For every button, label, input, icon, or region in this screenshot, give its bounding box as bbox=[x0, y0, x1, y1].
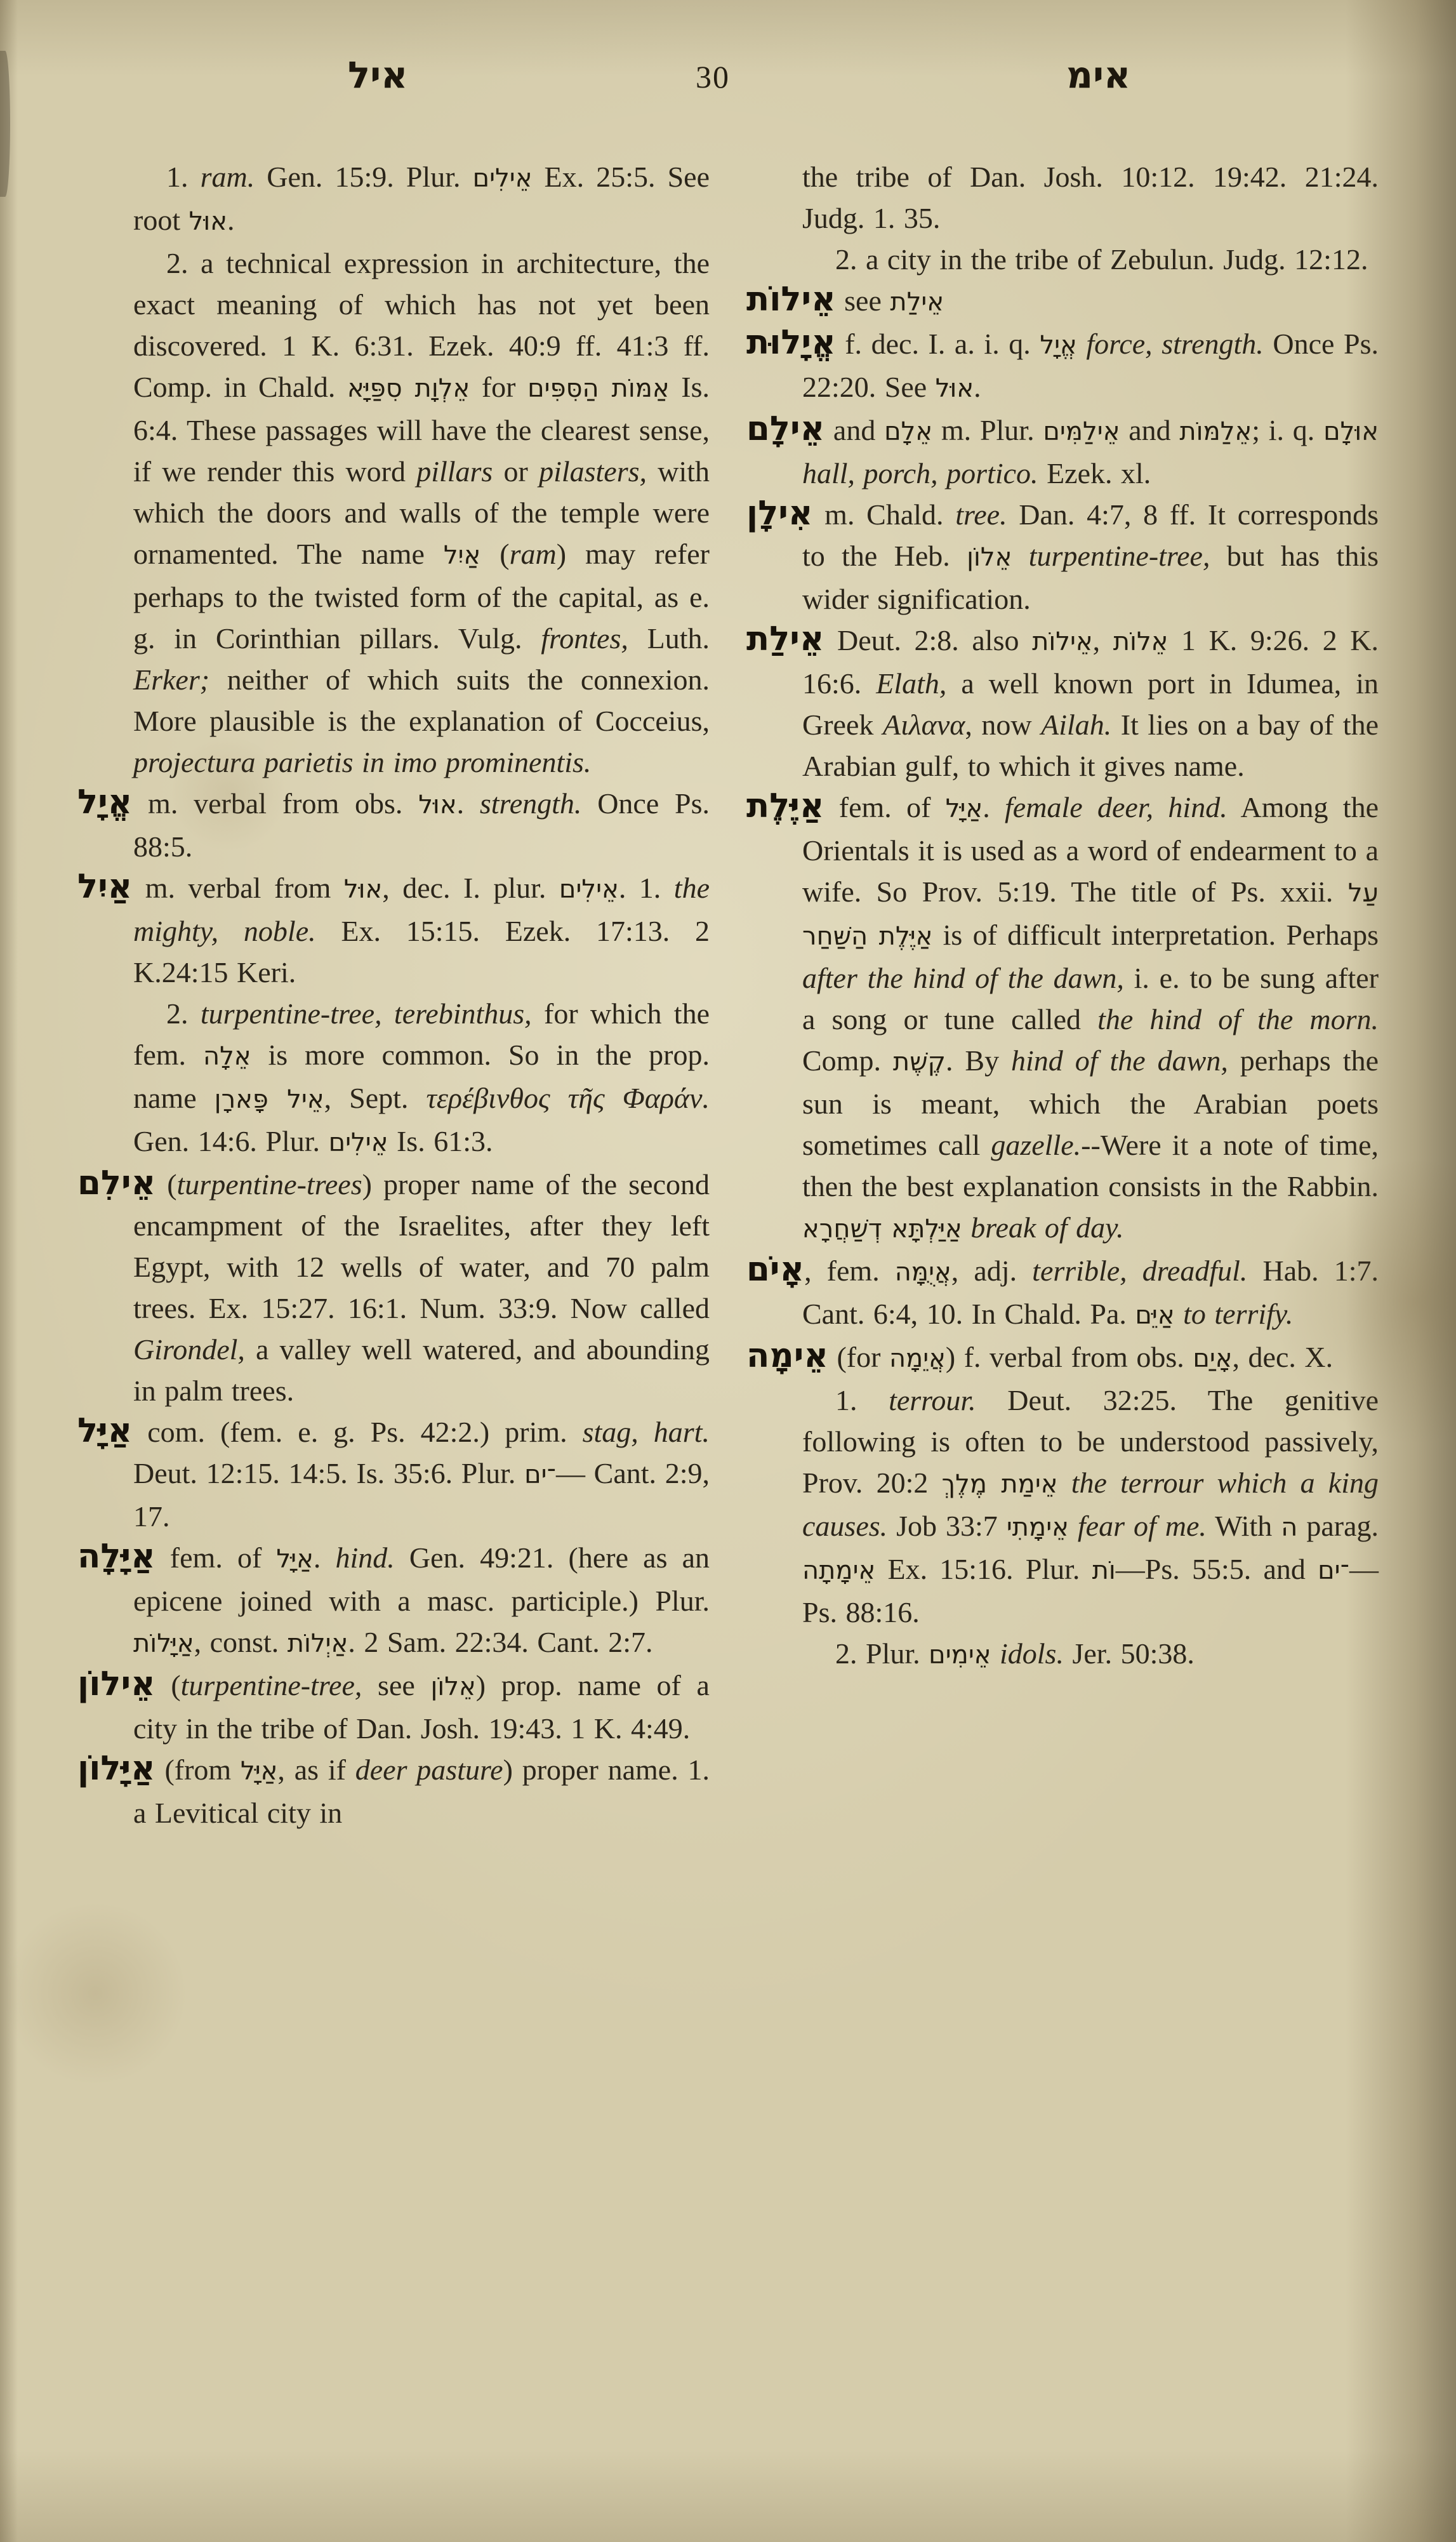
text-segment: , as if bbox=[277, 1753, 355, 1786]
hebrew-word: אַיַּלְתָּא דְשַׁחֲרָא bbox=[802, 1214, 962, 1244]
text-segment: Jer. 50:38. bbox=[1064, 1637, 1195, 1670]
hebrew-word: ה bbox=[1281, 1513, 1297, 1542]
hebrew-headword: אַיָּל bbox=[77, 1411, 132, 1450]
hebrew-headword: אַיֶּלֶת bbox=[746, 787, 824, 825]
entry-paragraph: אַיָּלָה fem. of אַיָּל. hind. Gen. 49:2… bbox=[133, 1537, 710, 1665]
hebrew-word: אַיָּל bbox=[241, 1757, 277, 1786]
text-segment: Ailah. bbox=[1041, 709, 1111, 741]
hebrew-headword: אֵילַת bbox=[746, 620, 824, 658]
text-segment: 1. bbox=[835, 1384, 889, 1416]
entry-paragraph: 2. a technical expression in architectur… bbox=[133, 243, 710, 783]
text-segment: . bbox=[983, 791, 1005, 823]
text-segment: terrour. bbox=[889, 1384, 976, 1416]
hebrew-word: אוּלָם bbox=[1323, 417, 1379, 446]
text-segment: the tribe of Dan. Josh. 10:12. 19:42. 21… bbox=[802, 161, 1379, 234]
text-segment: to terrify. bbox=[1183, 1298, 1293, 1330]
text-segment: m. Chald. bbox=[812, 498, 955, 531]
entry-paragraph: 2. turpentine-tree, terebinthus, for whi… bbox=[133, 993, 710, 1164]
entry-paragraph: אַיָּל com. (fem. e. g. Ps. 42:2.) prim.… bbox=[133, 1411, 710, 1537]
hebrew-word: אֵילִים bbox=[559, 875, 619, 904]
hebrew-word: אָיַם bbox=[1193, 1344, 1232, 1373]
entry-paragraph: אֵילִם (turpentine-trees) proper name of… bbox=[133, 1164, 710, 1411]
entry-paragraph: אֵילוֹת see אֵילַת bbox=[802, 280, 1379, 323]
entry-paragraph: אֵילַת Deut. 2:8. also אֵילוֹת, אֵלוֹת 1… bbox=[802, 620, 1379, 787]
hebrew-word: אֵלָם bbox=[884, 417, 932, 446]
text-segment: , now bbox=[965, 709, 1041, 741]
entry-paragraph: אֵימָה (for אֲיֵמָה) f. verbal from obs.… bbox=[802, 1336, 1379, 1380]
hebrew-word: אַיָּל bbox=[276, 1545, 313, 1574]
text-segment: idols. bbox=[1000, 1637, 1064, 1670]
text-segment: Ex. 15:16. Plur. bbox=[875, 1553, 1092, 1585]
text-segment: , const. bbox=[194, 1626, 288, 1658]
text-segment: hind of the dawn, bbox=[1011, 1044, 1228, 1077]
text-segment bbox=[1175, 1298, 1184, 1330]
text-segment: . By bbox=[946, 1044, 1011, 1077]
text-segment: fear of me. bbox=[1078, 1510, 1207, 1542]
text-segment bbox=[1012, 540, 1028, 572]
text-segment: and bbox=[824, 414, 884, 446]
text-segment: ( bbox=[156, 1168, 176, 1201]
entry-paragraph: 2. Plur. אֵימִים idols. Jer. 50:38. bbox=[802, 1633, 1379, 1676]
text-segment: turpentine-tree, bbox=[181, 1669, 362, 1701]
hebrew-word: אֲיֵמָה bbox=[889, 1344, 946, 1373]
text-segment bbox=[1077, 328, 1087, 360]
text-segment: (for bbox=[828, 1341, 889, 1373]
text-segment: , Sept. bbox=[324, 1082, 427, 1114]
hebrew-word: ־ים bbox=[524, 1460, 556, 1489]
hebrew-headword: אֵילָם bbox=[746, 409, 824, 448]
hebrew-headword: אֱיָלוּת bbox=[746, 323, 836, 362]
hebrew-word: אַיְלוֹת bbox=[288, 1629, 348, 1658]
text-segment: m. verbal from bbox=[132, 872, 344, 904]
hebrew-word: אֵילִים bbox=[329, 1128, 388, 1157]
text-segment: m. Plur. bbox=[932, 414, 1043, 446]
hebrew-word: אֵלוֹן bbox=[967, 543, 1012, 572]
hebrew-headword: אָיֹם bbox=[746, 1250, 804, 1289]
text-segment: com. (fem. e. g. Ps. 42:2.) prim. bbox=[132, 1416, 582, 1448]
text-segment: for bbox=[470, 371, 527, 403]
text-segment: With bbox=[1207, 1510, 1281, 1542]
text-segment: deer pasture bbox=[355, 1753, 503, 1786]
text-segment: gazelle. bbox=[991, 1129, 1081, 1161]
text-segment: turpentine-trees bbox=[177, 1168, 362, 1201]
text-segment: the hind of the morn. bbox=[1097, 1003, 1379, 1035]
hebrew-word: אַמּוֹת הַסִּפִּים bbox=[527, 374, 670, 403]
text-segment bbox=[991, 1637, 1000, 1670]
hebrew-word: אֵילַמִּים bbox=[1043, 417, 1120, 446]
text-segment: ram bbox=[510, 538, 557, 570]
text-segment: , dec. I. plur. bbox=[382, 872, 559, 904]
scanned-lexicon-page: איל 30 אימ 1. ram. Gen. 15:9. Plur. אֵיל… bbox=[0, 0, 1456, 2542]
text-body: 1. ram. Gen. 15:9. Plur. אֵילִים Ex. 25:… bbox=[133, 156, 1379, 1833]
hebrew-word: וֹת bbox=[1092, 1556, 1116, 1585]
hebrew-word: אוּל bbox=[189, 207, 227, 236]
text-segment: force, strength. bbox=[1086, 328, 1263, 360]
hebrew-word: קֶשֶׁת bbox=[893, 1048, 946, 1077]
text-segment: ( bbox=[480, 538, 509, 570]
text-segment: is of difficult interpretation. Perhaps bbox=[932, 919, 1379, 951]
hebrew-word: אוּל bbox=[344, 875, 382, 904]
text-segment: hind. bbox=[335, 1541, 394, 1574]
text-segment bbox=[1069, 1510, 1078, 1542]
text-segment: Deut. 2:8. also bbox=[824, 624, 1032, 656]
hebrew-headword: אַיָּלָה bbox=[77, 1537, 156, 1576]
hebrew-word: אַיָּלוֹת bbox=[133, 1629, 194, 1658]
hebrew-word: אֵלוֹת bbox=[1113, 627, 1168, 656]
text-segment: tree. bbox=[955, 498, 1007, 531]
hebrew-word: אֵלַמּוֹת bbox=[1179, 417, 1252, 446]
text-segment: , dec. X. bbox=[1233, 1341, 1334, 1373]
entry-paragraph: אִילָן m. Chald. tree. Dan. 4:7, 8 ff. I… bbox=[802, 494, 1379, 620]
text-segment: . 2 Sam. 22:34. Cant. 2:7. bbox=[348, 1626, 652, 1658]
column-left: 1. ram. Gen. 15:9. Plur. אֵילִים Ex. 25:… bbox=[133, 156, 710, 1833]
hebrew-word: אֵימַת מֶלֶךְ bbox=[942, 1470, 1058, 1499]
text-segment: female deer, hind. bbox=[1005, 791, 1228, 823]
text-segment: 2. bbox=[166, 997, 201, 1030]
text-segment bbox=[962, 1211, 971, 1244]
text-segment: turpentine-tree, bbox=[1029, 540, 1210, 572]
text-segment: ( bbox=[156, 1669, 181, 1701]
text-segment: pillars bbox=[416, 455, 493, 488]
hebrew-word: אֵלְוָת סִפַּיָּא bbox=[347, 374, 470, 403]
text-segment: and bbox=[1120, 414, 1179, 446]
text-segment: 2. a city in the tribe of Zebulun. Judg.… bbox=[835, 243, 1368, 276]
hebrew-word: אַיָּל bbox=[946, 794, 983, 823]
column-right: the tribe of Dan. Josh. 10:12. 19:42. 21… bbox=[802, 156, 1379, 1833]
text-segment: Job 33:7 bbox=[887, 1510, 1007, 1542]
text-segment: . bbox=[314, 1541, 336, 1574]
text-segment: parag. bbox=[1297, 1510, 1379, 1542]
hebrew-word: אֵילוֹת bbox=[1032, 627, 1093, 656]
header-catchword-left: איל bbox=[348, 53, 407, 96]
text-segment: f. dec. I. a. i. q. bbox=[836, 328, 1040, 360]
hebrew-word: אֵימָתִי bbox=[1007, 1513, 1069, 1542]
entry-paragraph: אַיָּלוֹן (from אַיָּל, as if deer pastu… bbox=[133, 1749, 710, 1833]
text-segment: fem. of bbox=[156, 1541, 277, 1574]
hebrew-word: אֲיֻמָּה bbox=[895, 1258, 951, 1287]
text-segment: ) f. verbal from obs. bbox=[946, 1341, 1193, 1373]
text-segment: or bbox=[493, 455, 539, 488]
text-segment: Gen. 14:6. Plur. bbox=[133, 1125, 329, 1157]
text-segment: after the hind of the dawn, bbox=[802, 962, 1124, 994]
text-segment: Erker; bbox=[133, 663, 209, 696]
text-segment: Girondel, bbox=[133, 1333, 245, 1366]
text-segment: , adj. bbox=[951, 1254, 1032, 1287]
hebrew-word: אוּל bbox=[418, 790, 456, 820]
text-segment: see bbox=[362, 1669, 430, 1701]
hebrew-word: אַיִל bbox=[444, 541, 480, 570]
entry-paragraph: אֱיָל m. verbal from obs. אוּל. strength… bbox=[133, 783, 710, 867]
hebrew-word: אֵיל פָּארָן bbox=[215, 1085, 324, 1114]
entry-paragraph: 1. terrour. Deut. 32:25. The genitive fo… bbox=[802, 1380, 1379, 1633]
text-segment: strength. bbox=[480, 787, 582, 820]
entry-paragraph: the tribe of Dan. Josh. 10:12. 19:42. 21… bbox=[802, 156, 1379, 239]
entry-paragraph: אֵילָם and אֵלָם m. Plur. אֵילַמִּים and… bbox=[802, 409, 1379, 494]
hebrew-word: אַיֵּם bbox=[1135, 1301, 1174, 1330]
text-segment: frontes, bbox=[541, 622, 628, 655]
text-segment: Is. 61:3. bbox=[388, 1125, 493, 1157]
text-segment: neither of which suits the connexion. Mo… bbox=[133, 663, 710, 737]
header-catchword-right: אימ bbox=[1066, 53, 1130, 96]
text-segment: 1. bbox=[166, 161, 201, 193]
entry-paragraph: 2. a city in the tribe of Zebulun. Judg.… bbox=[802, 239, 1379, 280]
text-segment: m. verbal from obs. bbox=[132, 787, 418, 820]
text-segment: Luth. bbox=[628, 622, 710, 655]
text-segment: Ezek. xl. bbox=[1038, 457, 1151, 489]
hebrew-headword: אֵילִם bbox=[77, 1164, 156, 1202]
hebrew-word: אֵלוֹן bbox=[430, 1672, 475, 1701]
text-segment: —Ps. 55:5. and bbox=[1116, 1553, 1318, 1585]
text-segment: pilasters, bbox=[539, 455, 647, 488]
text-segment: (from bbox=[156, 1753, 241, 1786]
entry-paragraph: אָיֹם, fem. אֲיֻמָּה, adj. terrible, dre… bbox=[802, 1250, 1379, 1336]
hebrew-headword: אֵימָה bbox=[746, 1336, 828, 1375]
text-segment: terrible, dreadful. bbox=[1032, 1254, 1247, 1287]
text-segment: fem. of bbox=[824, 791, 945, 823]
hebrew-headword: אַיָּלוֹן bbox=[77, 1749, 156, 1788]
hebrew-word: ־ים bbox=[1318, 1556, 1349, 1585]
text-segment: Deut. 12:15. 14:5. Is. 35:6. Plur. bbox=[133, 1457, 524, 1489]
text-segment: stag, hart. bbox=[583, 1416, 710, 1448]
text-segment: break of day. bbox=[970, 1211, 1123, 1244]
entry-paragraph: אֵילוֹן (turpentine-tree, see אֵלוֹן) pr… bbox=[133, 1665, 710, 1749]
hebrew-headword: אֵילוֹת bbox=[746, 280, 836, 319]
greek-text: τερέβινθος τῆς Φαράν. bbox=[426, 1082, 710, 1114]
text-segment: projectura parietis in imo prominentis. bbox=[133, 746, 591, 778]
hebrew-word: אֵילַת bbox=[890, 288, 944, 317]
entry-paragraph: 1. ram. Gen. 15:9. Plur. אֵילִים Ex. 25:… bbox=[133, 156, 710, 243]
text-segment: Comp. bbox=[802, 1044, 893, 1077]
entry-paragraph: אַיִל m. verbal from אוּל, dec. I. plur.… bbox=[133, 867, 710, 993]
greek-text: Αιλανα bbox=[883, 709, 965, 741]
text-segment: ; i. q. bbox=[1252, 414, 1323, 446]
hebrew-headword: אִילָן bbox=[746, 494, 812, 533]
text-segment: . bbox=[227, 204, 235, 236]
hebrew-word: אֵימִים bbox=[929, 1640, 991, 1670]
text-segment: . bbox=[457, 787, 480, 820]
hebrew-word: אֵימָתָה bbox=[802, 1556, 875, 1585]
text-segment: Elath, bbox=[876, 667, 946, 700]
entry-paragraph: אַיֶּלֶת fem. of אַיָּל. female deer, hi… bbox=[802, 787, 1379, 1250]
hebrew-word: אֱיָל bbox=[1040, 331, 1076, 360]
text-segment: . bbox=[974, 371, 981, 403]
hebrew-headword: אֱיָל bbox=[77, 783, 132, 822]
hebrew-word: אֵלָה bbox=[203, 1042, 251, 1071]
text-segment: , bbox=[1093, 624, 1113, 656]
text-segment: 2. Plur. bbox=[835, 1637, 929, 1670]
text-segment: turpentine-tree, terebinthus, bbox=[201, 997, 532, 1030]
text-segment: hall, porch, portico. bbox=[802, 457, 1038, 489]
text-segment: , fem. bbox=[804, 1254, 895, 1287]
text-segment: . 1. bbox=[619, 872, 674, 904]
page-header: איל 30 אימ bbox=[0, 0, 1456, 152]
hebrew-word: אֵילִים bbox=[473, 164, 533, 193]
text-segment bbox=[1058, 1467, 1071, 1499]
hebrew-word: אוּל bbox=[936, 374, 974, 403]
entry-paragraph: אֱיָלוּת f. dec. I. a. i. q. אֱיָל force… bbox=[802, 323, 1379, 409]
text-segment: see bbox=[836, 284, 890, 317]
hebrew-headword: אֵילוֹן bbox=[77, 1665, 156, 1703]
text-segment: ram. bbox=[201, 161, 255, 193]
hebrew-headword: אַיִל bbox=[77, 867, 132, 906]
page-number: 30 bbox=[696, 58, 730, 95]
text-segment: Gen. 15:9. Plur. bbox=[255, 161, 472, 193]
